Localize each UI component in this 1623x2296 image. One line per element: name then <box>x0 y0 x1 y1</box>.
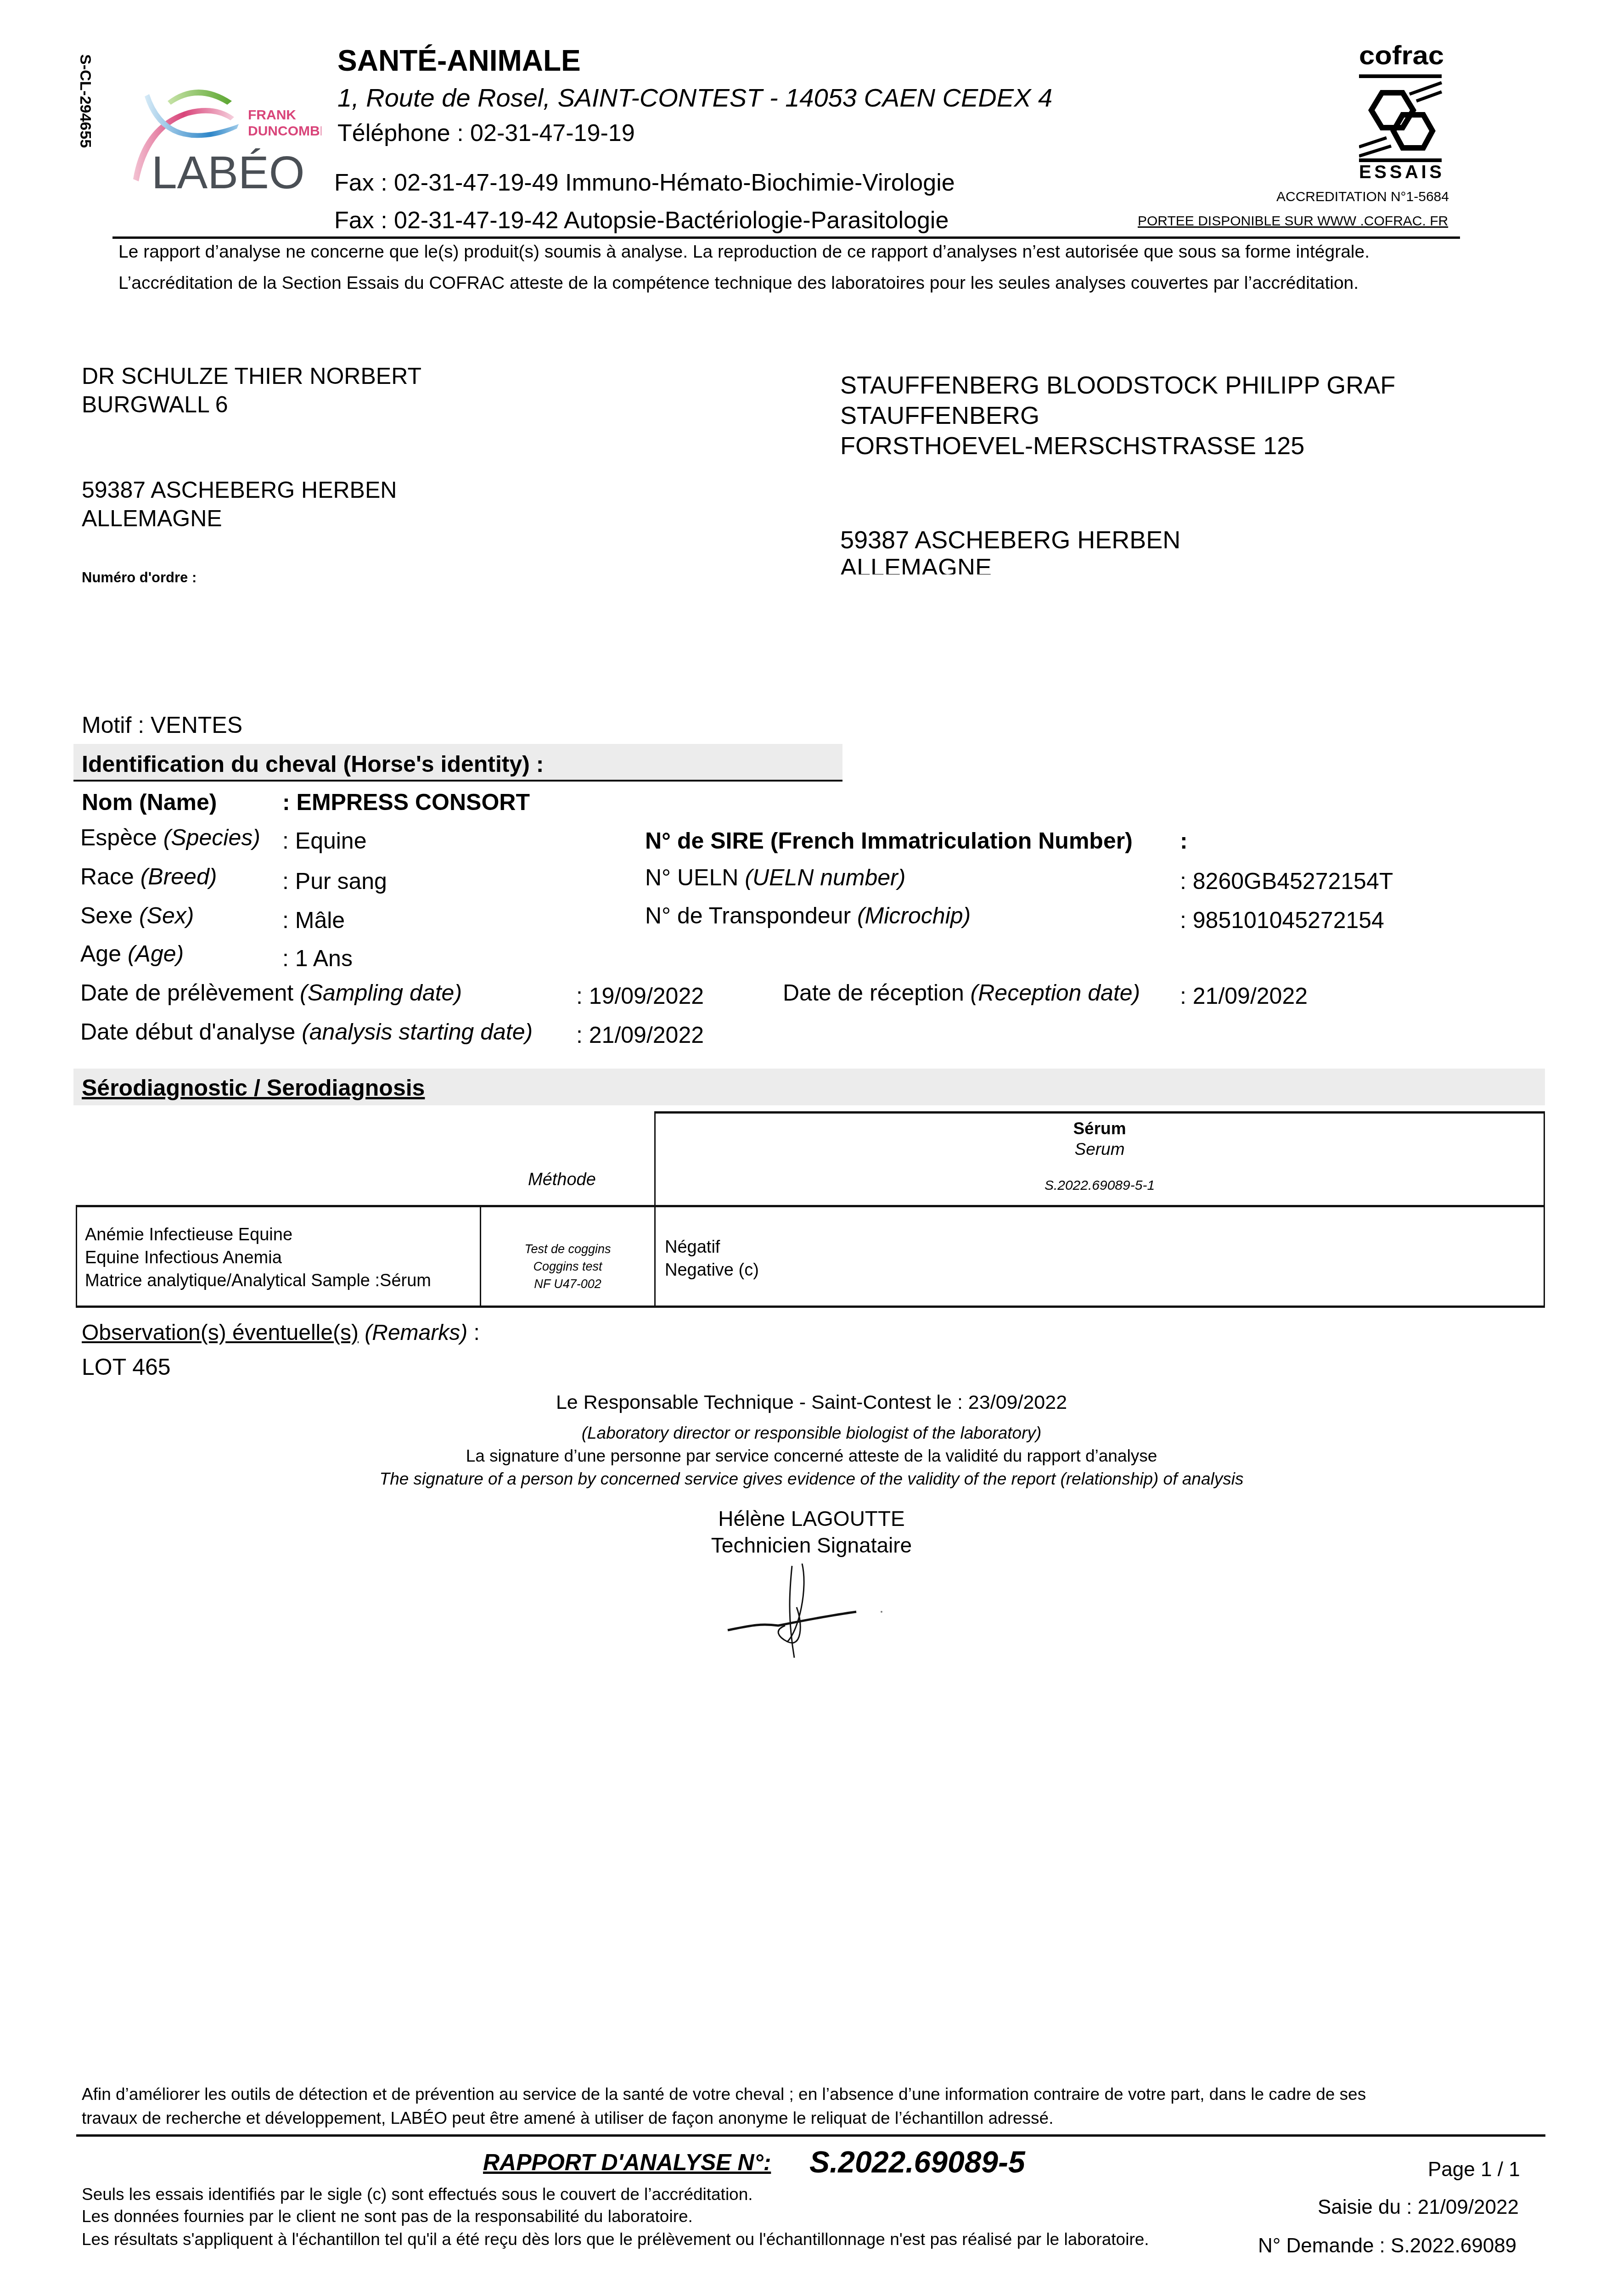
svg-text:FRANK: FRANK <box>248 107 296 123</box>
document-id-vertical: S-CL-294655 <box>76 54 94 148</box>
species-label: Espèce (Species) <box>80 824 260 851</box>
analysis-date-label: Date début d'analyse (analysis starting … <box>80 1019 533 1045</box>
signature-validity-fr: La signature d’une personne par service … <box>0 1446 1623 1466</box>
cofrac-portee-link[interactable]: PORTEE DISPONIBLE SUR WWW .COFRAC. FR <box>1138 214 1448 229</box>
owner-name-cont: STAUFFENBERG <box>840 401 1039 430</box>
accreditation-number: ACCREDITATION N°1-5684 <box>1276 189 1449 205</box>
cofrac-logo: cofrac ESSAIS <box>1359 41 1446 179</box>
species-label-fr: Espèce <box>80 825 157 850</box>
species-label-en: (Species) <box>163 825 260 850</box>
report-number-label: RAPPORT D'ANALYSE N°: <box>483 2149 771 2176</box>
remarks-label-fr: Observation(s) éventuelle(s) <box>82 1321 359 1345</box>
sex-label-fr: Sexe <box>80 903 133 929</box>
sample-type-header: Sérum <box>654 1119 1545 1138</box>
svg-text:LABÉO: LABÉO <box>152 147 305 197</box>
owner-country: ALLEMAGNE <box>840 553 992 574</box>
labeo-logo: FRANK DUNCOMBE LABÉO <box>124 73 321 197</box>
column-divider-method <box>480 1206 481 1306</box>
table-row <box>76 1205 1545 1308</box>
serodiagnostic-section-title: Sérodiagnostic / Serodiagnosis <box>82 1075 425 1101</box>
owner-country-clipped: ALLEMAGNE <box>840 553 992 574</box>
sampling-label-fr: Date de prélèvement <box>80 980 293 1006</box>
sampling-date-label: Date de prélèvement (Sampling date) <box>80 979 462 1006</box>
request-number: N° Demande : S.2022.69089 <box>1258 2234 1516 2257</box>
sire-label: N° de SIRE (French Immatriculation Numbe… <box>645 827 1133 854</box>
research-note-line2: travaux de recherche et développement, L… <box>82 2109 1053 2128</box>
sire-colon: : <box>1180 827 1188 854</box>
reception-date-label: Date de réception (Reception date) <box>783 979 1140 1006</box>
signature-validity-en: The signature of a person by concerned s… <box>0 1469 1623 1489</box>
sample-type-header-en: Serum <box>654 1140 1545 1159</box>
method-standard: NF U47-002 <box>481 1277 654 1291</box>
column-divider-result <box>654 1206 656 1306</box>
handwritten-signature <box>723 1561 898 1662</box>
result-en: Negative (c) <box>665 1261 759 1280</box>
signature-icon <box>723 1561 898 1662</box>
analysis-name-fr: Anémie Infectieuse Equine <box>85 1225 292 1245</box>
labeo-swoosh-icon: FRANK DUNCOMBE LABÉO <box>124 73 321 197</box>
entry-date: Saisie du : 21/09/2022 <box>1318 2196 1519 2219</box>
svg-text:cofrac: cofrac <box>1359 41 1444 70</box>
lab-phone: Téléphone : 02-31-47-19-19 <box>337 119 635 147</box>
sampling-date-value: : 19/09/2022 <box>576 983 704 1009</box>
sex-label-en: (Sex) <box>139 903 194 929</box>
disclaimer-accreditation: L’accréditation de la Section Essais du … <box>118 273 1359 293</box>
signer-name: Hélène LAGOUTTE <box>0 1506 1623 1531</box>
analysis-matrix: Matrice analytique/Analytical Sample :Sé… <box>85 1271 431 1291</box>
breed-label: Race (Breed) <box>80 863 217 890</box>
responsible-technician: Le Responsable Technique - Saint-Contest… <box>0 1391 1623 1414</box>
breed-value: : Pur sang <box>282 868 387 895</box>
name-value: : EMPRESS CONSORT <box>282 789 530 816</box>
lab-title: SANTÉ-ANIMALE <box>337 44 581 78</box>
analysis-label-fr: Date début d'analyse <box>80 1019 295 1045</box>
microchip-label: N° de Transpondeur (Microchip) <box>645 902 971 929</box>
footer-note-accreditation: Seuls les essais identifiés par le sigle… <box>82 2185 753 2204</box>
header-divider <box>112 236 1460 239</box>
microchip-label-en: (Microchip) <box>857 903 971 929</box>
remarks-colon: : <box>467 1321 480 1345</box>
footer-note-client-data: Les données fournies par le client ne so… <box>82 2207 693 2226</box>
owner-name: STAUFFENBERG BLOODSTOCK PHILIPP GRAF <box>840 371 1395 400</box>
name-label: Nom (Name) <box>82 789 217 816</box>
remarks-label: Observation(s) éventuelle(s) (Remarks) : <box>82 1320 480 1345</box>
svg-text:ESSAIS: ESSAIS <box>1359 162 1442 179</box>
breed-label-en: (Breed) <box>140 864 217 889</box>
disclaimer-reproduction: Le rapport d’analyse ne concerne que le(… <box>118 242 1370 262</box>
vet-name: DR SCHULZE THIER NORBERT <box>82 363 421 389</box>
age-value: : 1 Ans <box>282 945 353 972</box>
method-name-fr: Test de coggins <box>481 1242 654 1256</box>
age-label: Age (Age) <box>80 940 184 967</box>
ueln-label: N° UELN (UELN number) <box>645 864 905 891</box>
reception-label-en: (Reception date) <box>971 980 1140 1006</box>
method-name-en: Coggins test <box>481 1260 654 1274</box>
lab-fax-immuno: Fax : 02-31-47-19-49 Immuno-Hémato-Bioch… <box>334 169 955 197</box>
numero-ordre-label: Numéro d'ordre : <box>82 569 197 586</box>
owner-street: FORSTHOEVEL-MERSCHSTRASSE 125 <box>840 432 1304 460</box>
ueln-value: : 8260GB45272154T <box>1180 868 1393 895</box>
vet-street: BURGWALL 6 <box>82 391 228 418</box>
motif: Motif : VENTES <box>82 712 242 738</box>
remarks-value: LOT 465 <box>82 1354 171 1380</box>
research-note-line1: Afin d’améliorer les outils de détection… <box>82 2085 1366 2104</box>
footer-divider <box>76 2134 1545 2137</box>
footer-note-results: Les résultats s'appliquent à l'échantill… <box>82 2230 1149 2249</box>
analysis-name-en: Equine Infectious Anemia <box>85 1248 282 1268</box>
age-label-fr: Age <box>80 941 121 967</box>
sex-label: Sexe (Sex) <box>80 902 194 929</box>
sampling-label-en: (Sampling date) <box>300 980 462 1006</box>
svg-text:DUNCOMBE: DUNCOMBE <box>248 124 321 139</box>
ueln-label-fr: N° UELN <box>645 865 738 890</box>
ueln-label-en: (UELN number) <box>745 865 905 890</box>
age-label-en: (Age) <box>128 941 184 967</box>
lab-fax-autopsie: Fax : 02-31-47-19-42 Autopsie-Bactériolo… <box>334 207 949 234</box>
page-indicator: Page 1 / 1 <box>1428 2158 1520 2181</box>
signer-role: Technicien Signataire <box>0 1533 1623 1558</box>
species-value: : Equine <box>282 827 366 854</box>
vet-country: ALLEMAGNE <box>82 505 222 532</box>
lab-address: 1, Route de Rosel, SAINT-CONTEST - 14053… <box>337 83 1052 113</box>
method-column-header: Méthode <box>528 1170 596 1190</box>
responsible-technician-en: (Laboratory director or responsible biol… <box>0 1424 1623 1443</box>
analysis-date-value: : 21/09/2022 <box>576 1022 704 1048</box>
identity-section-title: Identification du cheval (Horse's identi… <box>82 751 544 777</box>
breed-label-fr: Race <box>80 864 134 889</box>
owner-city: 59387 ASCHEBERG HERBEN <box>840 526 1180 554</box>
microchip-label-fr: N° de Transpondeur <box>645 903 851 929</box>
sex-value: : Mâle <box>282 907 345 934</box>
reception-label-fr: Date de réception <box>783 980 964 1006</box>
sample-id-header: S.2022.69089-5-1 <box>654 1178 1545 1193</box>
analysis-label-en: (analysis starting date) <box>302 1019 533 1045</box>
reception-date-value: : 21/09/2022 <box>1180 983 1308 1009</box>
cofrac-essais-icon: cofrac ESSAIS <box>1359 41 1446 179</box>
microchip-value: : 985101045272154 <box>1180 907 1384 934</box>
remarks-label-en: (Remarks) <box>365 1321 467 1345</box>
vet-city: 59387 ASCHEBERG HERBEN <box>82 477 397 503</box>
report-number: S.2022.69089-5 <box>809 2144 1025 2179</box>
result-fr: Négatif <box>665 1238 720 1257</box>
